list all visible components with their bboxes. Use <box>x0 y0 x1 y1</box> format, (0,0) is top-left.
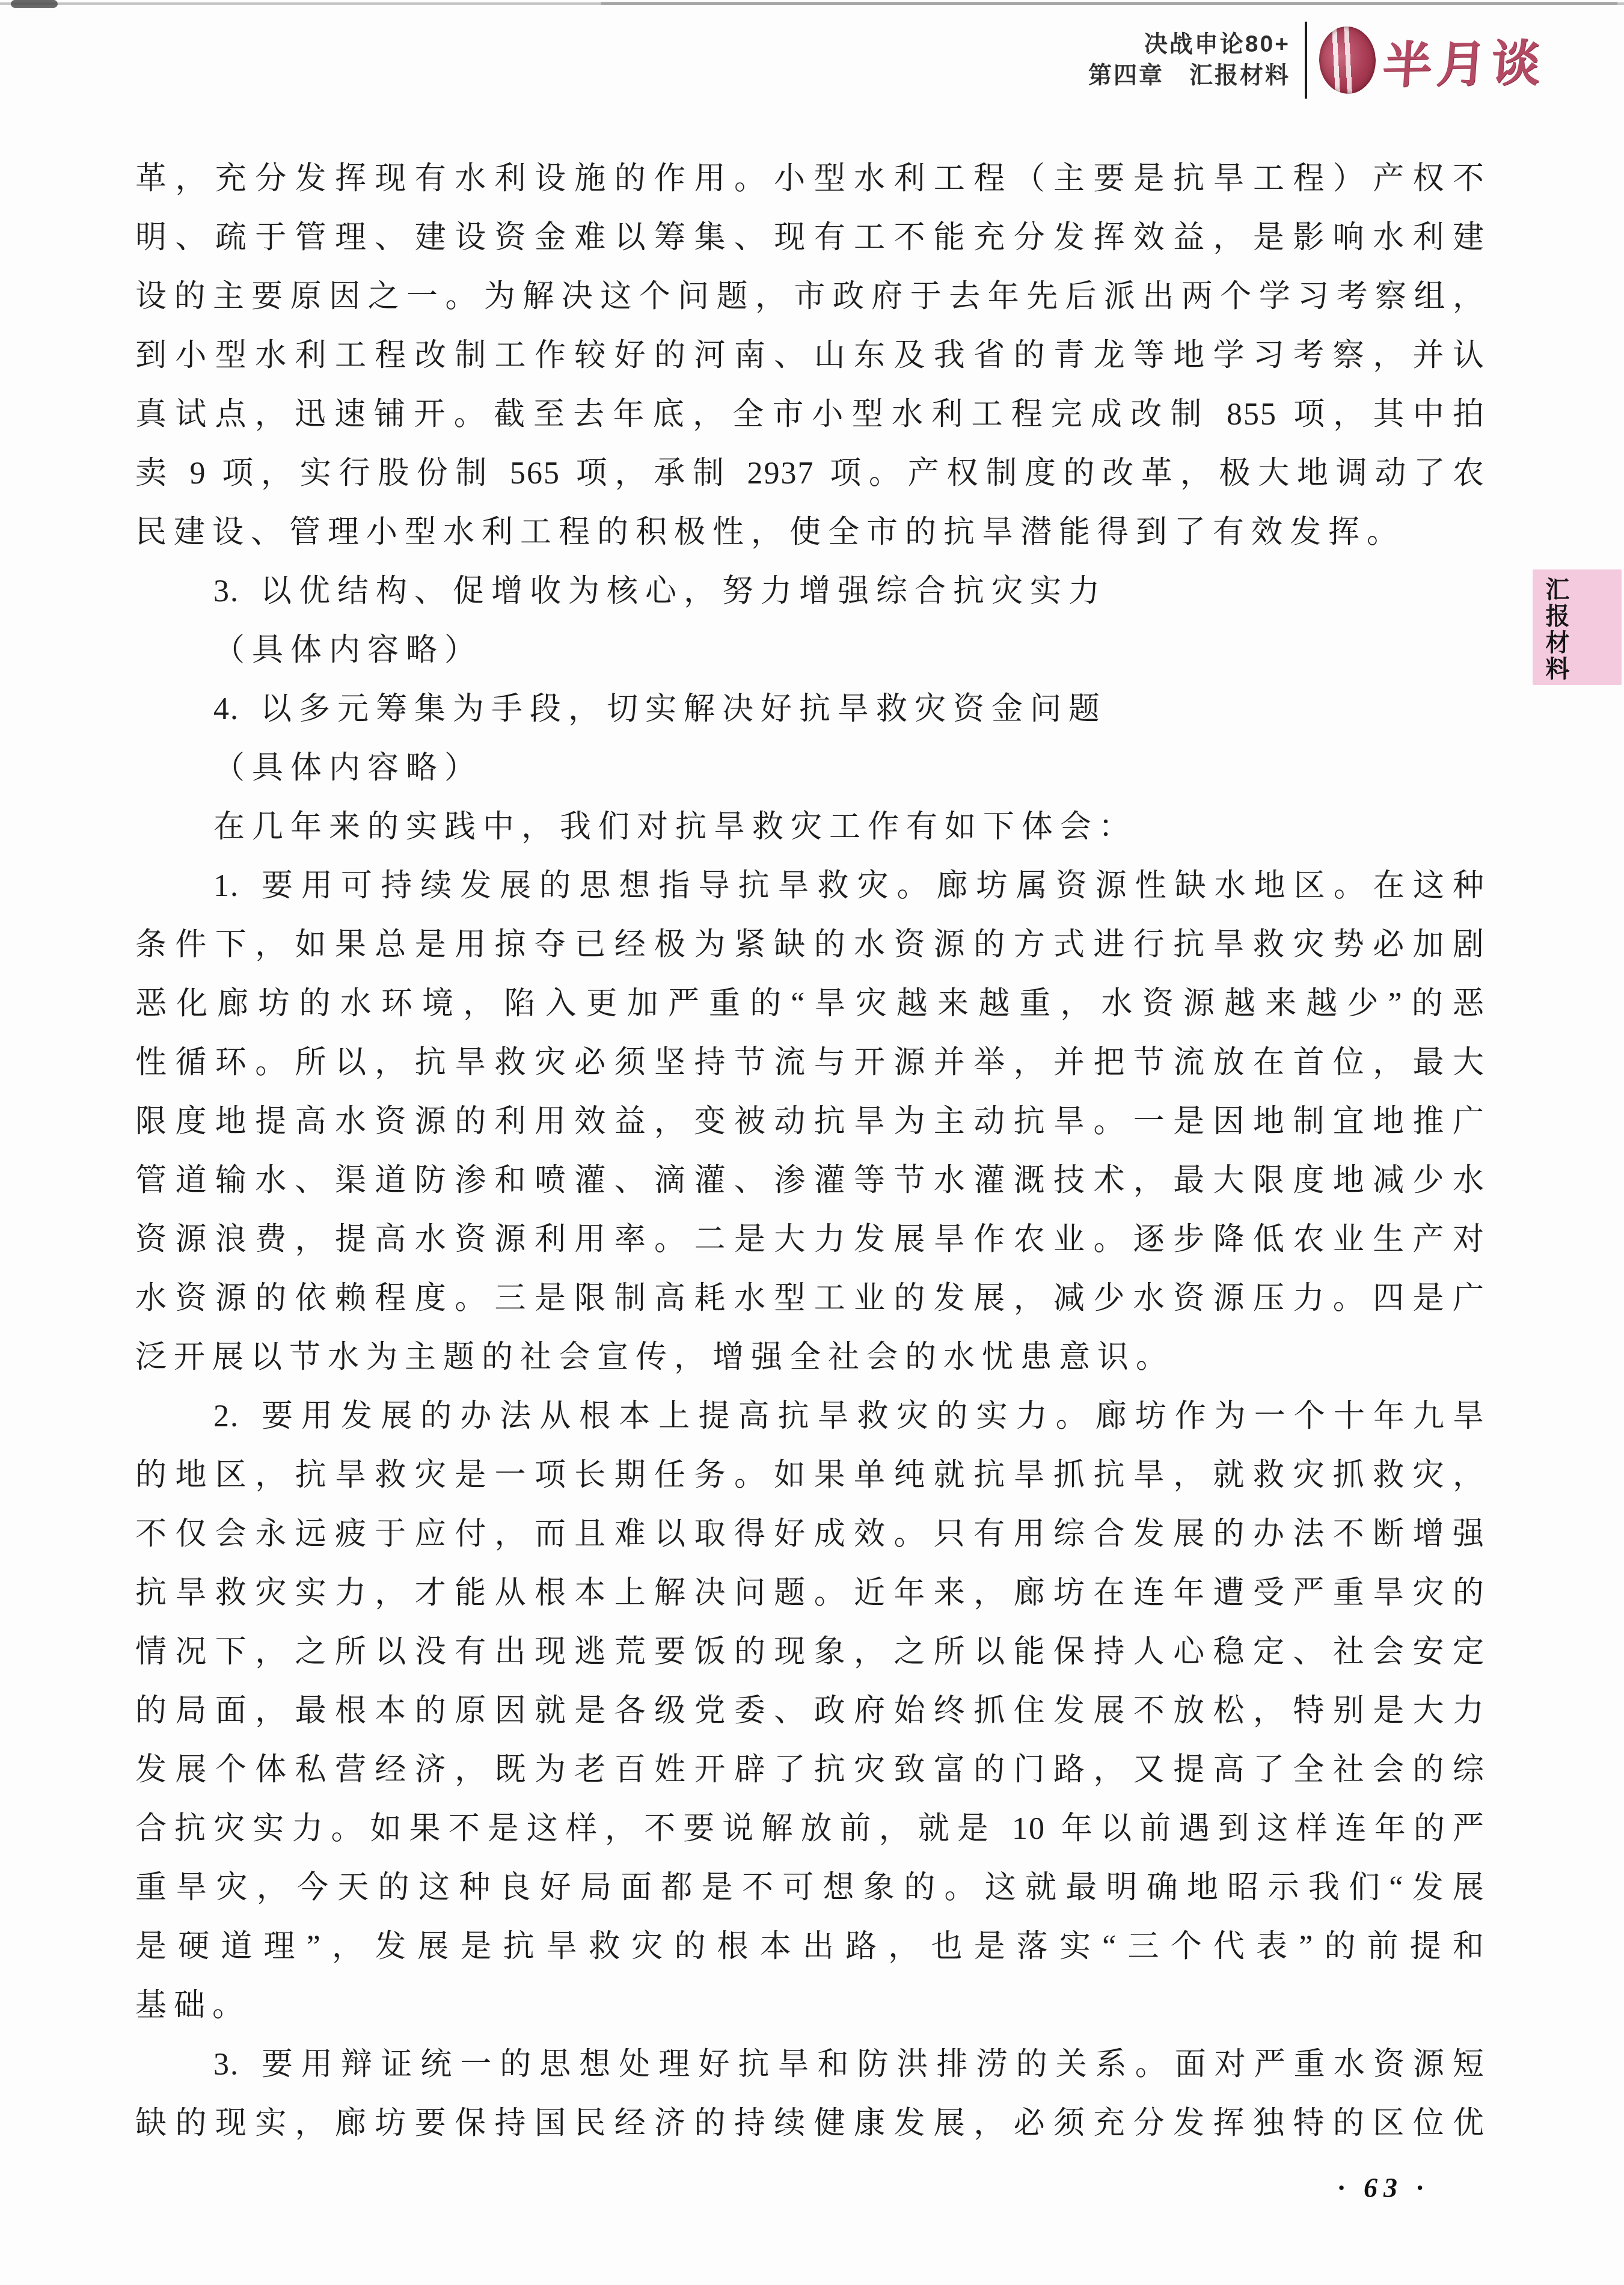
page-header: 决战申论80+ 第四章 汇报材料 半月谈 <box>1058 18 1545 102</box>
body-line: 在几年来的实践中，我们对抗旱救灾工作有如下体会： <box>135 798 1491 857</box>
body-line: （具体内容略） <box>135 621 1491 680</box>
banyuetan-logo-text: 半月谈 <box>1380 23 1548 97</box>
body-line: 资源浪费，提高水资源利用率。二是大力发展旱作农业。逐步降低农业生产对 <box>135 1210 1491 1269</box>
scan-artifact-blob <box>11 0 58 8</box>
body-line: 情况下，之所以没有出现逃荒要饭的现象，之所以能保持人心稳定、社会安定 <box>135 1623 1491 1682</box>
body-line: 民建设、管理小型水利工程的积极性，使全市的抗旱潜能得到了有效发挥。 <box>135 503 1491 562</box>
body-line: 管道输水、渠道防渗和喷灌、滴灌、渗灌等节水灌溉技术，最大限度地减少水 <box>135 1152 1491 1210</box>
body-line: 的局面，最根本的原因就是各级党委、政府始终抓住发展不放松，特别是大力 <box>135 1682 1491 1741</box>
body-line: 真试点，迅速铺开。截至去年底，全市小型水利工程完成改制 855 项，其中拍 <box>135 385 1491 444</box>
header-titles: 决战申论80+ 第四章 汇报材料 <box>1058 29 1290 91</box>
page-number: · 63 · <box>1338 2172 1429 2204</box>
body-line: 水资源的依赖程度。三是限制高耗水型工业的发展，减少水资源压力。四是广 <box>135 1269 1491 1328</box>
body-line: 3. 以优结构、促增收为核心，努力增强综合抗灾实力 <box>135 562 1491 621</box>
body-line: 2. 要用发展的办法从根本上提高抗旱救灾的实力。廊坊作为一个十年九旱 <box>135 1387 1491 1446</box>
body-line: （具体内容略） <box>135 739 1491 798</box>
body-line: 条件下，如果总是用掠夺已经极为紧缺的水资源的方式进行抗旱救灾势必加剧 <box>135 916 1491 975</box>
body-line: 合抗灾实力。如果不是这样，不要说解放前，就是 10 年以前遇到这样连年的严 <box>135 1800 1491 1859</box>
body-line: 重旱灾，今天的这种良好局面都是不可想象的。这就最明确地昭示我们“发展 <box>135 1859 1491 1918</box>
banyuetan-emblem-icon <box>1317 25 1377 96</box>
chapter-side-tab: 汇报材料 <box>1533 569 1622 685</box>
body-line: 基础。 <box>135 1977 1491 2035</box>
body-line: 4. 以多元筹集为手段，切实解决好抗旱救灾资金问题 <box>135 680 1491 739</box>
header-divider <box>1305 22 1307 99</box>
chapter-side-tab-label: 汇报材料 <box>1542 577 1569 682</box>
body-line: 限度地提高水资源的利用效益，变被动抗旱为主动抗旱。一是因地制宜地推广 <box>135 1093 1491 1152</box>
body-line: 泛开展以节水为主题的社会宣传，增强全社会的水忧患意识。 <box>135 1328 1491 1387</box>
body-line: 恶化廊坊的水环境，陷入更加严重的“旱灾越来越重，水资源越来越少”的恶 <box>135 975 1491 1034</box>
body-text: 革，充分发挥现有水利设施的作用。小型水利工程（主要是抗旱工程）产权不明、疏于管理… <box>135 150 1491 2153</box>
body-line: 抗旱救灾实力，才能从根本上解决问题。近年来，廊坊在连年遭受严重旱灾的 <box>135 1564 1491 1623</box>
body-line: 不仅会永远疲于应付，而且难以取得好成效。只有用综合发展的办法不断增强 <box>135 1505 1491 1564</box>
series-title: 决战申论80+ <box>1058 29 1290 60</box>
body-line: 设的主要原因之一。为解决这个问题，市政府于去年先后派出两个学习考察组， <box>135 268 1491 327</box>
body-line: 卖 9 项，实行股份制 565 项，承制 2937 项。产权制度的改革，极大地调… <box>135 444 1491 503</box>
chapter-title: 第四章 汇报材料 <box>1058 60 1290 91</box>
body-line: 3. 要用辩证统一的思想处理好抗旱和防洪排涝的关系。面对严重水资源短 <box>135 2035 1491 2094</box>
body-line: 性循环。所以，抗旱救灾必须坚持节流与开源并举，并把节流放在首位，最大 <box>135 1034 1491 1093</box>
body-line: 1. 要用可持续发展的思想指导抗旱救灾。廊坊属资源性缺水地区。在这种 <box>135 857 1491 916</box>
body-line: 的地区，抗旱救灾是一项长期任务。如果单纯就抗旱抓抗旱，就救灾抓救灾， <box>135 1446 1491 1505</box>
body-line: 发展个体私营经济，既为老百姓开辟了抗灾致富的门路，又提高了全社会的综 <box>135 1741 1491 1800</box>
scan-artifact-line-dark <box>601 2 1617 5</box>
body-line: 缺的现实，廊坊要保持国民经济的持续健康发展，必须充分发挥独特的区位优 <box>135 2094 1491 2153</box>
body-line: 明、疏于管理、建设资金难以筹集、现有工不能充分发挥效益，是影响水利建 <box>135 209 1491 268</box>
body-line: 革，充分发挥现有水利设施的作用。小型水利工程（主要是抗旱工程）产权不 <box>135 150 1491 209</box>
body-line: 是硬道理”，发展是抗旱救灾的根本出路，也是落实“三个代表”的前提和 <box>135 1918 1491 1977</box>
body-line: 到小型水利工程改制工作较好的河南、山东及我省的青龙等地学习考察，并认 <box>135 327 1491 385</box>
banyuetan-logo: 半月谈 <box>1319 25 1545 96</box>
scanned-book-page: 决战申论80+ 第四章 汇报材料 半月谈 汇报材料 革，充分发挥现有水利设施的作… <box>0 0 1624 2285</box>
